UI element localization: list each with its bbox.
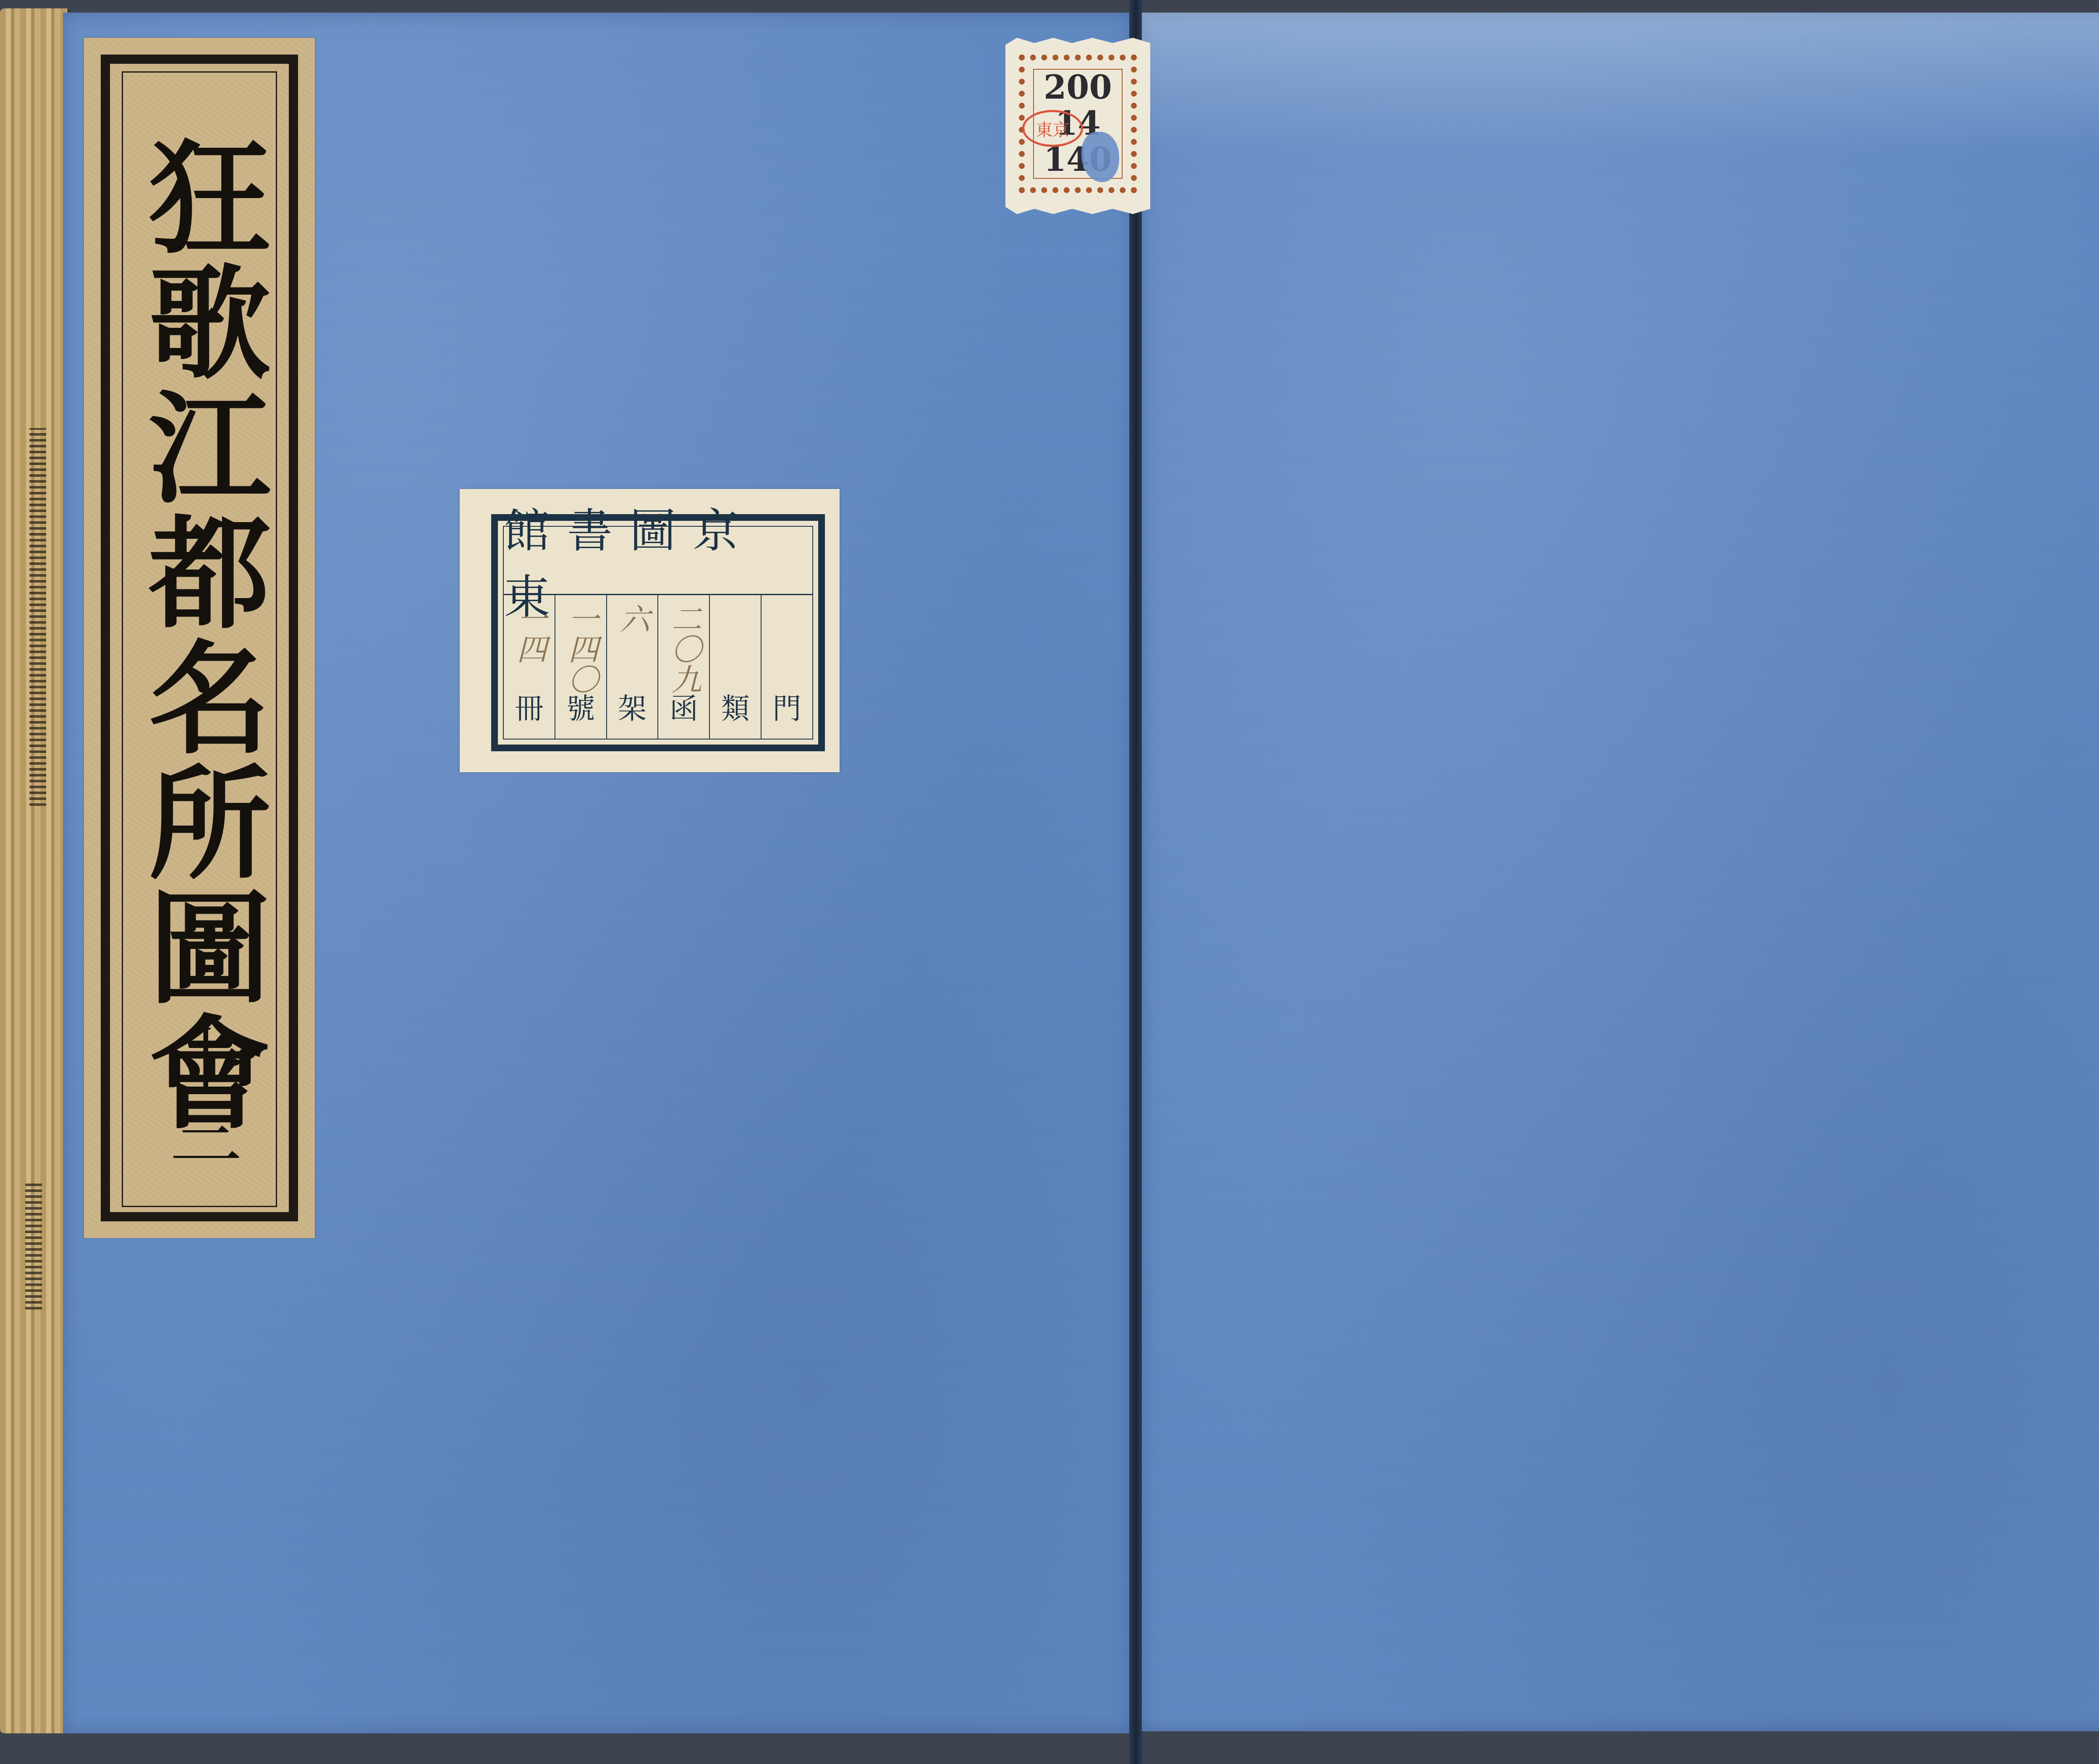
field-shelf-label: 架 xyxy=(618,686,646,727)
stamp-line-1: 200 xyxy=(1044,71,1112,104)
field-volume-label: 冊 xyxy=(515,686,543,727)
field-division-label: 門 xyxy=(773,686,801,727)
library-label: 館書圖京東 一四 冊 一四〇 號 六 架 二〇九 函 xyxy=(460,489,840,772)
field-case-value: 二〇九 xyxy=(667,604,700,694)
shelf-stamp: 200 14 140 東京 xyxy=(1005,38,1150,214)
inside-page xyxy=(1142,13,2099,1731)
field-division: 門 xyxy=(762,595,812,739)
field-volume-value: 一四 xyxy=(513,604,546,664)
field-number-value: 一四〇 xyxy=(564,604,597,694)
library-label-frame: 館書圖京東 一四 冊 一四〇 號 六 架 二〇九 函 xyxy=(491,514,825,751)
field-shelf: 六 架 xyxy=(607,595,659,739)
book-gutter xyxy=(1129,0,1143,1764)
field-category-label: 類 xyxy=(721,686,750,727)
fore-edge-mark xyxy=(25,1184,42,1309)
field-volume: 一四 冊 xyxy=(504,595,555,739)
stamp-ornamental-border: 200 14 140 東京 xyxy=(1019,55,1137,193)
field-category: 類 xyxy=(710,595,762,739)
volume-number: 十三 xyxy=(164,1024,235,1167)
left-fore-edge xyxy=(0,8,67,1733)
library-name: 館書圖京東 xyxy=(504,527,812,595)
book-title: 狂歌江都名所圖會 xyxy=(139,134,260,1135)
red-seal-icon: 東京 xyxy=(1022,110,1083,147)
field-shelf-value: 六 xyxy=(615,604,649,634)
field-case-label: 函 xyxy=(670,686,698,727)
field-number-label: 號 xyxy=(566,686,595,727)
field-case: 二〇九 函 xyxy=(658,595,710,739)
fore-edge-mark xyxy=(29,428,46,806)
field-number: 一四〇 號 xyxy=(555,595,607,739)
title-slip: 狂歌江都名所圖會 十三 xyxy=(84,38,315,1238)
catalog-fields: 一四 冊 一四〇 號 六 架 二〇九 函 類 xyxy=(504,595,812,739)
